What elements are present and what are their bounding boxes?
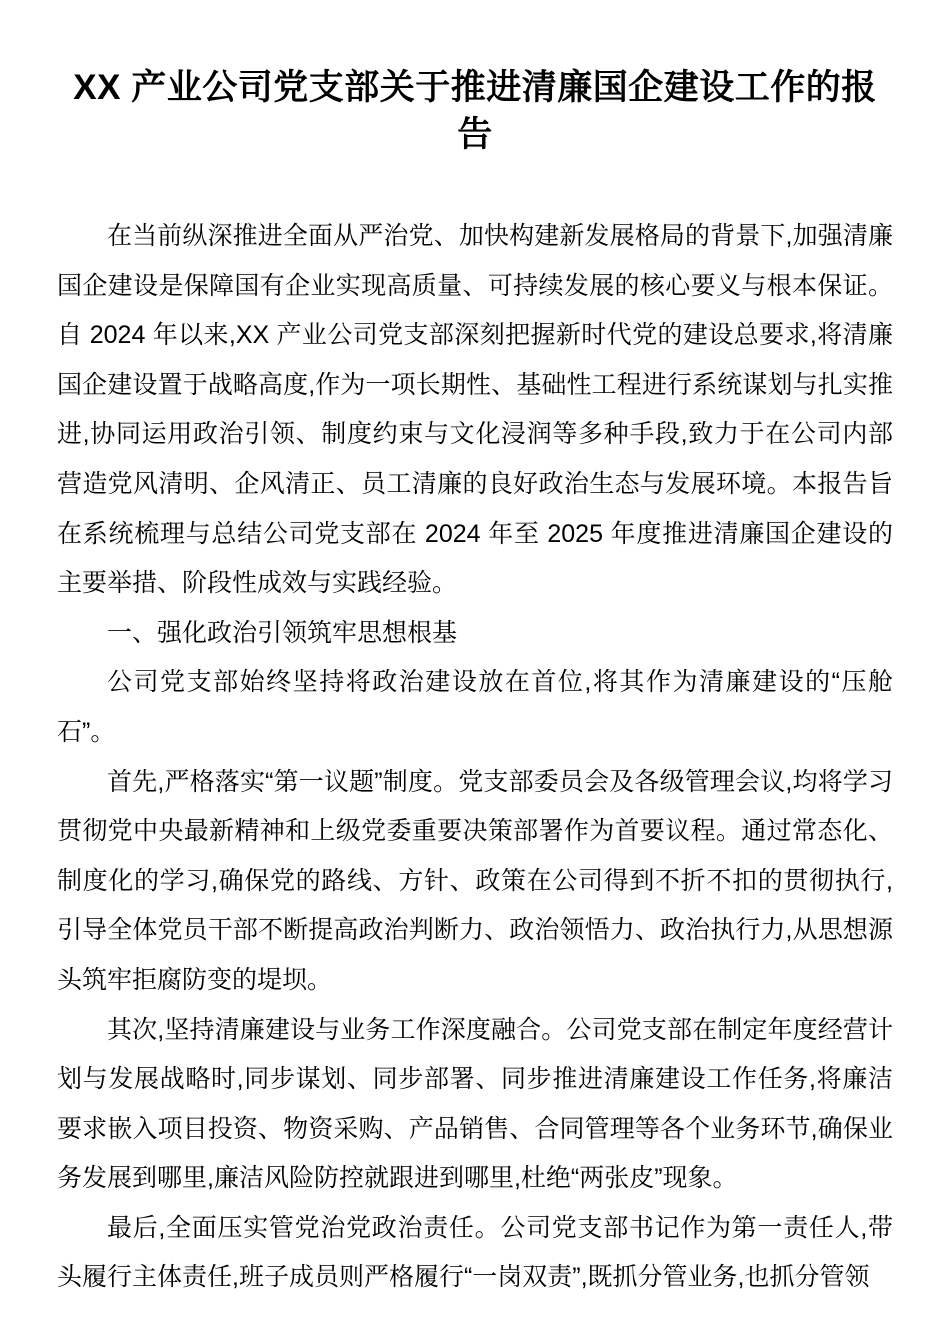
document-title: XX 产业公司党支部关于推进清廉国企建设工作的报告 — [57, 64, 893, 158]
section-heading-1: 一、强化政治引领筑牢思想根基 — [57, 609, 893, 659]
paragraph-business-integration: 其次,坚持清廉建设与业务工作深度融合。公司党支部在制定年度经营计划与发展战略时,… — [57, 1006, 893, 1204]
document-page: XX 产业公司党支部关于推进清廉国企建设工作的报告 在当前纵深推进全面从严治党、… — [0, 0, 950, 1344]
paragraph-first-topic-system: 首先,严格落实“第一议题”制度。党支部委员会及各级管理会议,均将学习贯彻党中央最… — [57, 758, 893, 1006]
paragraph-responsibility: 最后,全面压实管党治党政治责任。公司党支部书记作为第一责任人,带头履行主体责任,… — [57, 1204, 893, 1303]
paragraph-political-foundation: 公司党支部始终坚持将政治建设放在首位,将其作为清廉建设的“压舱石”。 — [57, 658, 893, 757]
document-body: 在当前纵深推进全面从严治党、加快构建新发展格局的背景下,加强清廉国企建设是保障国… — [57, 212, 893, 1303]
paragraph-intro: 在当前纵深推进全面从严治党、加快构建新发展格局的背景下,加强清廉国企建设是保障国… — [57, 212, 893, 609]
